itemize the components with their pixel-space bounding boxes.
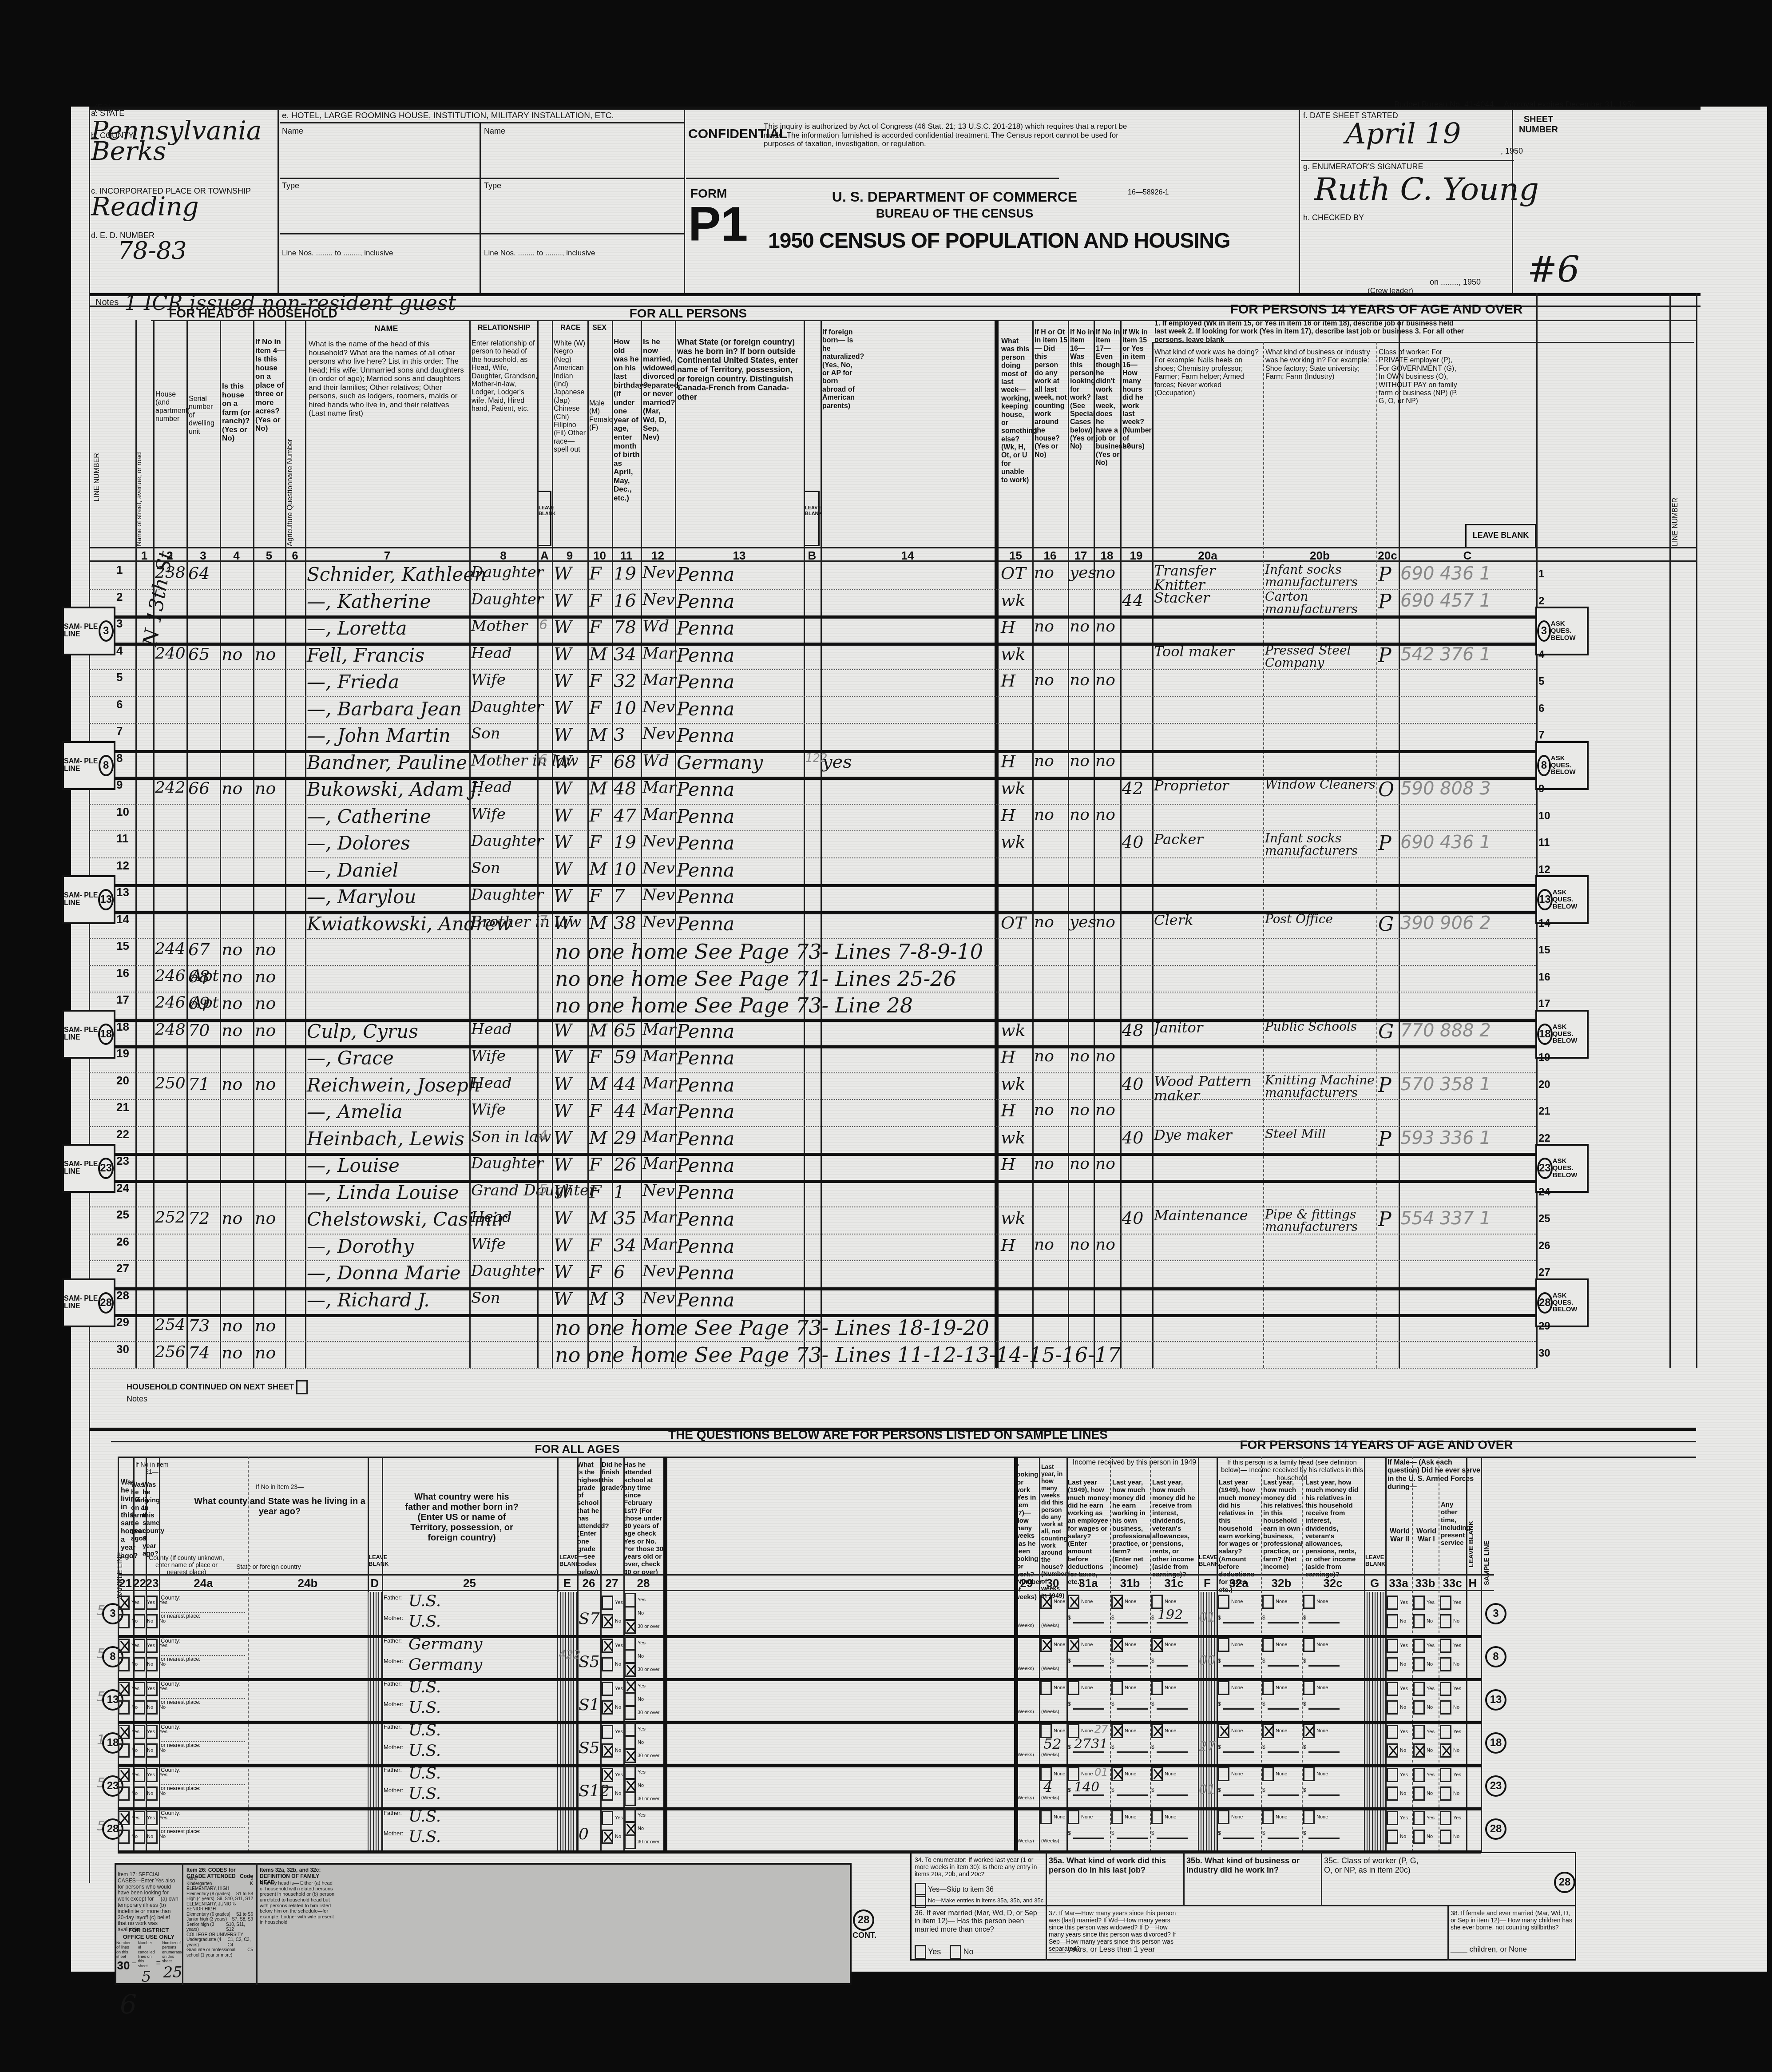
- c32a-amount-line[interactable]: [1223, 1794, 1254, 1796]
- c23-no-checkbox[interactable]: [146, 1614, 158, 1628]
- cell-activity: wk: [1001, 1074, 1026, 1094]
- cell-cls: P: [1378, 1128, 1391, 1151]
- c31c-none-checkbox[interactable]: [1151, 1810, 1163, 1824]
- father-field-label: Father:: [384, 1767, 402, 1774]
- finished-yes-checkbox[interactable]: [602, 1725, 613, 1739]
- column-number-20c: 20c: [1376, 549, 1399, 563]
- county-input-line[interactable]: [161, 1827, 245, 1828]
- attend-no-checkbox[interactable]: [624, 1778, 636, 1793]
- c33b-yes-checkbox[interactable]: [1413, 1682, 1425, 1696]
- c21-no-checkbox[interactable]: [118, 1743, 130, 1758]
- c31b-none-checkbox[interactable]: [1111, 1681, 1123, 1695]
- c32c-amount-line[interactable]: [1308, 1665, 1340, 1667]
- cell-c18: no: [1095, 564, 1115, 582]
- c23-yes-checkbox[interactable]: [146, 1725, 158, 1739]
- attend-30-checkbox[interactable]: [624, 1835, 636, 1849]
- cell-farm: no: [222, 940, 242, 959]
- attend-30-checkbox[interactable]: [624, 1792, 636, 1806]
- weeks-label: (Weeks): [1016, 1795, 1034, 1801]
- c22-no-checkbox[interactable]: [134, 1743, 145, 1758]
- c22-no-checkbox[interactable]: [134, 1614, 145, 1628]
- attend-no-checkbox[interactable]: [624, 1735, 636, 1750]
- c31b-amount-line[interactable]: [1117, 1665, 1148, 1667]
- c21-yes-checkbox[interactable]: [118, 1811, 130, 1825]
- grade-code-item: Graduate or professional school (1 year …: [186, 1948, 253, 1958]
- c31c-amount-line[interactable]: [1157, 1708, 1188, 1710]
- c32c-none-checkbox[interactable]: [1303, 1595, 1315, 1609]
- finished-no-checkbox[interactable]: [602, 1614, 613, 1628]
- attend-no-checkbox[interactable]: [624, 1692, 636, 1707]
- c22-no-checkbox[interactable]: [134, 1657, 145, 1671]
- attend-yes-checkbox[interactable]: [624, 1722, 636, 1736]
- county-input-line[interactable]: [161, 1698, 245, 1699]
- weeks-label: (Weeks): [1016, 1709, 1034, 1715]
- c32b-none-checkbox[interactable]: [1262, 1681, 1274, 1695]
- c31c-none-checkbox[interactable]: [1151, 1681, 1163, 1695]
- grade-value: S7: [579, 1610, 600, 1628]
- c31c-amount-line[interactable]: [1157, 1794, 1188, 1796]
- c22-yes-checkbox[interactable]: [134, 1596, 145, 1610]
- cell-race: W: [554, 671, 572, 691]
- finished-yes-checkbox[interactable]: [602, 1596, 613, 1610]
- c23-yes-checkbox[interactable]: [146, 1596, 158, 1610]
- c21-yes-checkbox[interactable]: [118, 1639, 130, 1653]
- finished-no: No: [602, 1830, 621, 1844]
- attend-30-checkbox[interactable]: [624, 1706, 636, 1720]
- dollar-sign: $: [1218, 1787, 1221, 1793]
- c32b-amount-line[interactable]: [1268, 1665, 1299, 1667]
- sample-grid-vline: [1481, 1457, 1482, 1852]
- sample-column-number-28: 28: [623, 1576, 663, 1590]
- q38-answer[interactable]: ____ children, or None: [1451, 1945, 1527, 1954]
- cell-race: W: [554, 698, 572, 718]
- sample-column-number-33a: 33a: [1385, 1576, 1412, 1590]
- attend-yes-checkbox[interactable]: [624, 1593, 636, 1607]
- sheet-label: SHEET NUMBER: [1518, 115, 1558, 135]
- header-divider-4: [1512, 109, 1513, 293]
- c32a-dollar: $: [1218, 1615, 1221, 1621]
- cell-occ: Tool maker: [1154, 644, 1261, 659]
- c31c-amount-line[interactable]: [1157, 1751, 1188, 1753]
- c31b-none-checkbox[interactable]: [1111, 1595, 1123, 1609]
- grade-code-key: Senior high (3 years): [186, 1922, 226, 1933]
- weeks-30-label: (Weeks): [1041, 1709, 1059, 1715]
- finished-yes-checkbox[interactable]: [602, 1768, 613, 1782]
- c30-none-checkbox[interactable]: [1040, 1595, 1052, 1609]
- c33a-no-checkbox[interactable]: [1387, 1657, 1398, 1671]
- c33c-yes-checkbox[interactable]: [1440, 1811, 1451, 1825]
- ask-tag-label: ASK QUES. BELOW: [1553, 1158, 1587, 1179]
- c32b-none-checkbox[interactable]: [1262, 1638, 1274, 1652]
- weeks-29-label: (Weeks): [1016, 1838, 1034, 1844]
- finished-yes-checkbox[interactable]: [602, 1811, 613, 1825]
- c22-yes-checkbox[interactable]: [134, 1768, 145, 1782]
- c31a-none-checkbox[interactable]: [1068, 1638, 1079, 1652]
- c31c-dollar: $: [1151, 1744, 1154, 1750]
- q34-no: No—Make entries in items 35a, 35b, and 3…: [915, 1894, 1043, 1908]
- cell-mar: Wd: [642, 752, 669, 770]
- c33a-yes-checkbox[interactable]: [1387, 1639, 1398, 1653]
- c33b-no-checkbox[interactable]: [1413, 1830, 1425, 1844]
- col-f-pencil-code: 01: [1199, 1610, 1216, 1625]
- q36-yes-label: Yes: [928, 1947, 941, 1956]
- attend-yes-checkbox[interactable]: [624, 1808, 636, 1822]
- c31c-none-checkbox[interactable]: [1151, 1767, 1163, 1781]
- c21-yes-checkbox[interactable]: [118, 1682, 130, 1696]
- c31c-none-checkbox[interactable]: [1151, 1638, 1163, 1652]
- sample-column-number-G: G: [1364, 1576, 1385, 1590]
- c32b-none-checkbox[interactable]: [1262, 1724, 1274, 1738]
- c31a-pencil: 27: [1094, 1723, 1108, 1735]
- attend-yes-checkbox[interactable]: [624, 1679, 636, 1693]
- c32b-none-checkbox[interactable]: [1262, 1810, 1274, 1824]
- county-input-line[interactable]: [161, 1655, 245, 1656]
- c23-no-checkbox[interactable]: [146, 1657, 158, 1671]
- c23-no-checkbox[interactable]: [146, 1700, 158, 1715]
- none-label: None: [1276, 1599, 1287, 1604]
- c22-no-checkbox[interactable]: [134, 1786, 145, 1801]
- c31a-amount-line[interactable]: [1073, 1838, 1104, 1839]
- c22-yes-checkbox[interactable]: [134, 1725, 145, 1739]
- sample-column-number-32b: 32b: [1261, 1576, 1302, 1590]
- c33b-no-checkbox[interactable]: [1413, 1743, 1425, 1758]
- cell-mar: Nev: [642, 832, 675, 850]
- c33a-no-checkbox[interactable]: [1387, 1700, 1398, 1715]
- c31a-none-checkbox[interactable]: [1068, 1681, 1079, 1695]
- finished-no-checkbox[interactable]: [602, 1786, 613, 1801]
- column-number-9: 9: [552, 549, 587, 563]
- f-code: 00: [1199, 1653, 1216, 1668]
- colC-leave-blank: LEAVE BLANK: [1465, 524, 1536, 548]
- sample-grid-vline: [1466, 1457, 1467, 1852]
- c33c-yes: Yes: [1440, 1768, 1461, 1782]
- cell-sex: M: [589, 644, 607, 665]
- c31b-none-checkbox[interactable]: [1111, 1638, 1123, 1652]
- finished-no-checkbox[interactable]: [602, 1657, 613, 1671]
- section-all-persons: FOR ALL PERSONS: [533, 306, 844, 321]
- c32c-none-checkbox[interactable]: [1303, 1724, 1315, 1738]
- c32a-none-checkbox[interactable]: [1218, 1724, 1229, 1738]
- cell-race: W: [554, 886, 572, 906]
- c33b-yes-checkbox[interactable]: [1413, 1725, 1425, 1739]
- cell-birth: Penna: [677, 564, 734, 585]
- c32b-amount-line[interactable]: [1268, 1622, 1299, 1623]
- c22-no-checkbox[interactable]: [134, 1700, 145, 1715]
- sheet-number: #6: [1527, 249, 1580, 290]
- finished-no-checkbox[interactable]: [602, 1830, 613, 1844]
- c22-yes-checkbox[interactable]: [134, 1639, 145, 1653]
- c23-yes-checkbox[interactable]: [146, 1639, 158, 1653]
- c31a-none: None: [1068, 1681, 1093, 1695]
- c33a-yes-checkbox[interactable]: [1387, 1811, 1398, 1825]
- attend-yes-checkbox[interactable]: [624, 1636, 636, 1650]
- c32b-dollar: $: [1262, 1787, 1265, 1794]
- cell-age: 1: [614, 1182, 625, 1202]
- c33b-yes-checkbox[interactable]: [1413, 1811, 1425, 1825]
- cell-code: 770 888 2: [1400, 1020, 1491, 1041]
- c33b-yes-checkbox[interactable]: [1413, 1639, 1425, 1653]
- c21-yes-checkbox[interactable]: [118, 1768, 130, 1782]
- c33c-no-checkbox[interactable]: [1440, 1700, 1451, 1715]
- cell-name: —, Dorothy: [307, 1235, 414, 1257]
- attend-30-checkbox[interactable]: [624, 1749, 636, 1763]
- cell-ind: Knitting Machine manufacturers: [1265, 1074, 1376, 1099]
- c31a-none-checkbox[interactable]: [1068, 1810, 1079, 1824]
- c32a-amount-line[interactable]: [1223, 1665, 1254, 1667]
- c31b-none: None: [1111, 1638, 1136, 1652]
- c32a-none-checkbox[interactable]: [1218, 1681, 1229, 1695]
- attend-yes-checkbox[interactable]: [624, 1765, 636, 1779]
- c23-no-checkbox[interactable]: [146, 1830, 158, 1844]
- col13-header: What State (or foreign country) was he b…: [677, 337, 801, 402]
- c33b-no-checkbox[interactable]: [1413, 1657, 1425, 1671]
- c22-no-checkbox[interactable]: [134, 1830, 145, 1844]
- sample-column-number-22: 22: [133, 1576, 146, 1590]
- c33a-no-checkbox[interactable]: [1387, 1830, 1398, 1844]
- attend-no-checkbox[interactable]: [624, 1649, 636, 1663]
- cell-line: 9: [116, 778, 123, 792]
- c23-no-checkbox[interactable]: [146, 1743, 158, 1758]
- sample-line-circle: 23: [98, 1158, 114, 1179]
- cell-mar: Mar: [642, 806, 676, 824]
- none-label: None: [1125, 1685, 1136, 1691]
- c31c-none: None: [1151, 1724, 1176, 1738]
- c30-none-checkbox[interactable]: [1040, 1681, 1052, 1695]
- c31b-amount-line[interactable]: [1117, 1794, 1148, 1796]
- c32c-none-checkbox[interactable]: [1303, 1681, 1315, 1695]
- c33c-yes: Yes: [1440, 1725, 1461, 1739]
- father-field-label: Father:: [384, 1681, 402, 1687]
- c33b-yes-checkbox[interactable]: [1413, 1596, 1425, 1610]
- c32c-amount-line[interactable]: [1308, 1794, 1340, 1796]
- sample-column-number-23: 23: [146, 1576, 159, 1590]
- sample-line-circle: 13: [98, 889, 114, 910]
- c32c-amount-line[interactable]: [1308, 1838, 1340, 1839]
- c33a-yes-checkbox[interactable]: [1387, 1725, 1398, 1739]
- cell-a: 6: [539, 617, 547, 633]
- c33b-no-checkbox[interactable]: [1413, 1700, 1425, 1715]
- c21-no-checkbox[interactable]: [118, 1700, 130, 1715]
- c33a-no-checkbox[interactable]: [1387, 1614, 1398, 1628]
- c31b-none-checkbox[interactable]: [1111, 1810, 1123, 1824]
- attend-no-checkbox[interactable]: [624, 1606, 636, 1620]
- c21-no-checkbox[interactable]: [118, 1830, 130, 1844]
- c33b-yes-checkbox[interactable]: [1413, 1768, 1425, 1782]
- c32a-amount-line[interactable]: [1223, 1708, 1254, 1710]
- household-continued-checkbox[interactable]: [296, 1380, 308, 1394]
- c33a-yes-checkbox[interactable]: [1387, 1768, 1398, 1782]
- county-input-line[interactable]: [161, 1784, 245, 1785]
- cell-race: W: [554, 859, 572, 880]
- c32a-amount-line[interactable]: [1223, 1838, 1254, 1839]
- cell-mar: Nev: [642, 1182, 675, 1200]
- finished-yes-checkbox[interactable]: [602, 1682, 613, 1696]
- c31c-amount-line[interactable]: [1157, 1665, 1188, 1667]
- cell-line: 26: [116, 1235, 129, 1249]
- c32a-amount-line[interactable]: [1223, 1751, 1254, 1753]
- c33c-no-checkbox[interactable]: [1440, 1830, 1451, 1844]
- weeks-label: (Weeks): [1016, 1666, 1034, 1671]
- county-input-line[interactable]: [161, 1612, 245, 1613]
- cell-sex: F: [589, 1101, 602, 1121]
- column-number-15: 15: [999, 549, 1032, 563]
- c33a-yes-checkbox[interactable]: [1387, 1596, 1398, 1610]
- c21-yes-checkbox[interactable]: [118, 1725, 130, 1739]
- c31b-none-checkbox[interactable]: [1111, 1767, 1123, 1781]
- c31a-amount-line[interactable]: [1073, 1708, 1104, 1710]
- cell-cls: P: [1378, 1208, 1391, 1231]
- sample-row-circle-right: 18: [1485, 1732, 1506, 1754]
- c32c-none-checkbox[interactable]: [1303, 1767, 1315, 1781]
- cell-line: 1: [116, 564, 123, 577]
- c21-no-checkbox[interactable]: [118, 1657, 130, 1671]
- c23-no-checkbox[interactable]: [146, 1786, 158, 1801]
- c31b-none: None: [1111, 1810, 1136, 1824]
- cell-c18: no: [1095, 752, 1115, 770]
- column-number-3: 3: [186, 549, 220, 563]
- c23-yes-checkbox[interactable]: [146, 1682, 158, 1696]
- c30-none-checkbox[interactable]: [1040, 1810, 1052, 1824]
- c33b-no-checkbox[interactable]: [1413, 1786, 1425, 1801]
- c31c-amount-line[interactable]: [1157, 1838, 1188, 1839]
- c31a-none-checkbox[interactable]: [1068, 1595, 1079, 1609]
- c21-no-checkbox[interactable]: [118, 1614, 130, 1628]
- c33b-yes: Yes: [1413, 1811, 1435, 1825]
- c31c-none-checkbox[interactable]: [1151, 1724, 1163, 1738]
- q-div-1: [1046, 1852, 1047, 1961]
- none-label: None: [1316, 1642, 1328, 1647]
- sample-column-number-26: 26: [577, 1576, 600, 1590]
- grade-code-key: High (4 years): [186, 1897, 214, 1902]
- c33a-no-checkbox[interactable]: [1387, 1786, 1398, 1801]
- c33a-yes-checkbox[interactable]: [1387, 1682, 1398, 1696]
- dollar-sign: $: [1111, 1830, 1114, 1836]
- c31a-value: 140: [1074, 1779, 1099, 1795]
- over30-label: 30 or over: [638, 1667, 660, 1672]
- c31a-pencil-code: 27: [1094, 1723, 1108, 1735]
- cell-c17: no: [1070, 1235, 1090, 1254]
- nearest-place-label: or nearest place:: [161, 1613, 200, 1619]
- county-input-line[interactable]: [161, 1741, 245, 1742]
- c32b-amount-line[interactable]: [1268, 1751, 1299, 1753]
- cell-line: 13: [116, 886, 129, 899]
- c33b-no-checkbox[interactable]: [1413, 1614, 1425, 1628]
- q36-yes-checkbox[interactable]: [915, 1945, 926, 1959]
- c23-yes-checkbox[interactable]: [146, 1811, 158, 1825]
- father-birthplace-value: U.S.: [408, 1592, 441, 1610]
- c31b-amount-line[interactable]: [1117, 1751, 1148, 1753]
- c23-yes-checkbox[interactable]: [146, 1768, 158, 1782]
- c22-yes-checkbox[interactable]: [134, 1682, 145, 1696]
- finished-no: No: [602, 1614, 621, 1628]
- q37-answer[interactable]: ____ years, or Less than 1 year: [1049, 1945, 1155, 1954]
- cell-rel: Daughter: [471, 591, 543, 608]
- c33c-no-checkbox[interactable]: [1440, 1786, 1451, 1801]
- finished-no-checkbox[interactable]: [602, 1743, 613, 1758]
- c32a-none-checkbox[interactable]: [1218, 1638, 1229, 1652]
- c32c-none: None: [1303, 1638, 1328, 1652]
- q35-circle-28: 28: [1554, 1872, 1575, 1893]
- father-label: Father:: [384, 1766, 402, 1773]
- c31b-none-checkbox[interactable]: [1111, 1724, 1123, 1738]
- c31b-amount-line[interactable]: [1117, 1622, 1148, 1623]
- c32b-amount-line[interactable]: [1268, 1794, 1299, 1796]
- c33c-yes-checkbox[interactable]: [1440, 1725, 1451, 1739]
- c32c-none-checkbox[interactable]: [1303, 1638, 1315, 1652]
- c32a-amount-line[interactable]: [1223, 1622, 1254, 1623]
- q34-no-checkbox[interactable]: [915, 1894, 926, 1908]
- c32a-none-checkbox[interactable]: [1218, 1810, 1229, 1824]
- c32c-amount-line[interactable]: [1308, 1622, 1340, 1623]
- c33c-yes-checkbox[interactable]: [1440, 1596, 1451, 1610]
- c21-yes-checkbox[interactable]: [118, 1596, 130, 1610]
- grade-code-item: ELEMENTARY, HIGH: [186, 1886, 253, 1892]
- none-label: None: [1165, 1599, 1176, 1604]
- c31a-amount-line[interactable]: [1073, 1622, 1104, 1623]
- c33a-no: No: [1387, 1700, 1406, 1715]
- c31a-pencil-code: 01: [1094, 1766, 1108, 1778]
- c33b-yes: Yes: [1413, 1768, 1435, 1782]
- c31b-amount-line[interactable]: [1117, 1838, 1148, 1839]
- dollar-sign: $: [1262, 1658, 1265, 1664]
- c32b-amount-line[interactable]: [1268, 1838, 1299, 1839]
- col15-header: What was this person doing most of last …: [1001, 337, 1032, 484]
- c33c-yes-checkbox[interactable]: [1440, 1682, 1451, 1696]
- c32c-amount-line[interactable]: [1308, 1708, 1340, 1710]
- c32a-none-checkbox[interactable]: [1218, 1595, 1229, 1609]
- c32c-none-checkbox[interactable]: [1303, 1810, 1315, 1824]
- finished-no-checkbox[interactable]: [602, 1700, 613, 1715]
- row-number-right: 10: [1538, 810, 1550, 822]
- cell-c18: no: [1095, 1101, 1115, 1119]
- c33c-yes-checkbox[interactable]: [1440, 1639, 1451, 1653]
- q36-no-checkbox[interactable]: [950, 1945, 961, 1959]
- c32a-none-checkbox[interactable]: [1218, 1767, 1229, 1781]
- c32b-amount-line[interactable]: [1268, 1708, 1299, 1710]
- c31a-amount-line[interactable]: [1073, 1665, 1104, 1667]
- c32c-amount-line[interactable]: [1308, 1751, 1340, 1753]
- weeks-label: (Weeks): [1041, 1709, 1059, 1715]
- col32-group: If this person is a family head (see def…: [1219, 1459, 1365, 1482]
- no-label: No: [1400, 1619, 1406, 1624]
- col-f-pencil-code: 01: [1199, 1782, 1216, 1798]
- finished-yes-checkbox[interactable]: [602, 1639, 613, 1653]
- c32b-none-checkbox[interactable]: [1262, 1767, 1274, 1781]
- weeks-30-label: (Weeks): [1041, 1666, 1059, 1672]
- c32b-none-checkbox[interactable]: [1262, 1595, 1274, 1609]
- attend-no-checkbox[interactable]: [624, 1822, 636, 1836]
- c33c-yes-checkbox[interactable]: [1440, 1768, 1451, 1782]
- c31a-dollar: $: [1068, 1830, 1071, 1837]
- c21-no-checkbox[interactable]: [118, 1786, 130, 1801]
- attend-30-checkbox[interactable]: [624, 1619, 636, 1634]
- c33c-no-checkbox[interactable]: [1440, 1614, 1451, 1628]
- c30-none-checkbox[interactable]: [1040, 1638, 1052, 1652]
- c31b-none: None: [1111, 1595, 1136, 1609]
- ask-tag-label: ASK QUES. BELOW: [1553, 1292, 1587, 1313]
- attend-30-checkbox[interactable]: [624, 1663, 636, 1677]
- c31b-amount-line[interactable]: [1117, 1708, 1148, 1710]
- c33c-no-checkbox[interactable]: [1440, 1657, 1451, 1671]
- col20a-header: What kind of work was he doing? For exam…: [1154, 349, 1261, 397]
- c31a-none: None: [1068, 1810, 1093, 1824]
- c33a-no-checkbox[interactable]: [1387, 1743, 1398, 1758]
- c31a-none: None: [1068, 1595, 1093, 1609]
- c33c-no-checkbox[interactable]: [1440, 1743, 1451, 1758]
- father-label: Father:: [384, 1723, 402, 1730]
- cell-race: W: [554, 1155, 572, 1175]
- c22-yes-checkbox[interactable]: [134, 1811, 145, 1825]
